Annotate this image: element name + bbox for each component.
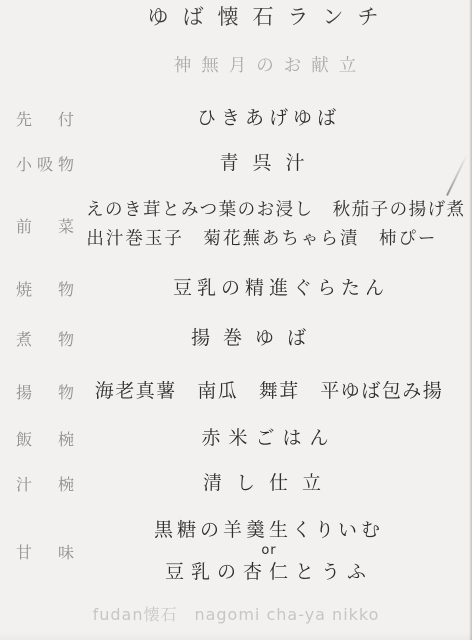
section-label: 甘 味: [0, 540, 86, 563]
section-content: 青呉汁: [86, 150, 472, 176]
section-label: 先 付: [0, 107, 86, 130]
section-content: 豆乳の精進ぐらたん: [86, 275, 472, 301]
menu-row: 焼 物豆乳の精進ぐらたん: [0, 275, 472, 301]
menu-row: 前 菜えのき茸とみつ葉のお浸し 秋茄子の揚げ煮出汁巻玉子 菊花蕪あちゃら漬 柿ぴ…: [0, 196, 472, 254]
menu-line: or: [86, 543, 452, 559]
menu-line: 豆乳の杏仁とうふ: [86, 559, 452, 585]
section-label: 小吸物: [0, 152, 86, 175]
menu-line: 出汁巻玉子 菊花蕪あちゃら漬 柿ぴー: [72, 225, 452, 254]
section-content: 揚巻ゆば: [86, 325, 472, 351]
section-content: えのき茸とみつ葉のお浸し 秋茄子の揚げ煮出汁巻玉子 菊花蕪あちゃら漬 柿ぴー: [86, 196, 472, 254]
section-label: 揚 物: [0, 380, 86, 403]
section-content: 黒糖の羊羹生くりいむor豆乳の杏仁とうふ: [86, 517, 472, 585]
menu-row: 飯 椀赤米ごはん: [0, 425, 472, 451]
footer-credit: fudan懐石 nagomi cha-ya nikko: [0, 603, 472, 627]
menu-page: ゆば懐石ランチ 神無月のお献立 先 付ひきあげゆば小吸物青呉汁前 菜えのき茸とみ…: [0, 0, 472, 640]
menu-row: 汁 椀清し仕立: [0, 470, 472, 496]
section-content: 赤米ごはん: [86, 425, 472, 451]
menu-row: 揚 物海老真薯 南瓜 舞茸 平ゆば包み揚: [0, 378, 472, 404]
menu-line: 豆乳の精進ぐらたん: [98, 275, 464, 301]
menu-row: 先 付ひきあげゆば: [0, 105, 472, 131]
menu-row: 甘 味黒糖の羊羹生くりいむor豆乳の杏仁とうふ: [0, 516, 472, 586]
menu-row: 煮 物揚巻ゆば: [0, 325, 472, 351]
menu-row: 小吸物青呉汁: [0, 150, 472, 176]
menu-line: 揚巻ゆば: [72, 325, 438, 351]
section-label: 焼 物: [0, 277, 86, 300]
menu-line: えのき茸とみつ葉のお浸し 秋茄子の揚げ煮: [86, 196, 466, 225]
menu-line: 海老真薯 南瓜 舞茸 平ゆば包み揚: [86, 378, 452, 404]
section-label: 汁 椀: [0, 472, 86, 495]
menu-line: 赤米ごはん: [86, 425, 452, 451]
menu-line: 青呉汁: [86, 150, 452, 176]
section-content: 海老真薯 南瓜 舞茸 平ゆば包み揚: [86, 378, 472, 404]
section-content: 清し仕立: [86, 470, 472, 496]
section-label: 飯 椀: [0, 427, 86, 450]
menu-line: 清し仕立: [86, 470, 452, 496]
page-subtitle: 神無月のお献立: [88, 54, 452, 78]
menu-line: ひきあげゆば: [86, 105, 452, 131]
section-content: ひきあげゆば: [86, 105, 472, 131]
menu-line: 黒糖の羊羹生くりいむ: [86, 517, 452, 543]
page-title: ゆば懐石ランチ: [88, 3, 452, 31]
